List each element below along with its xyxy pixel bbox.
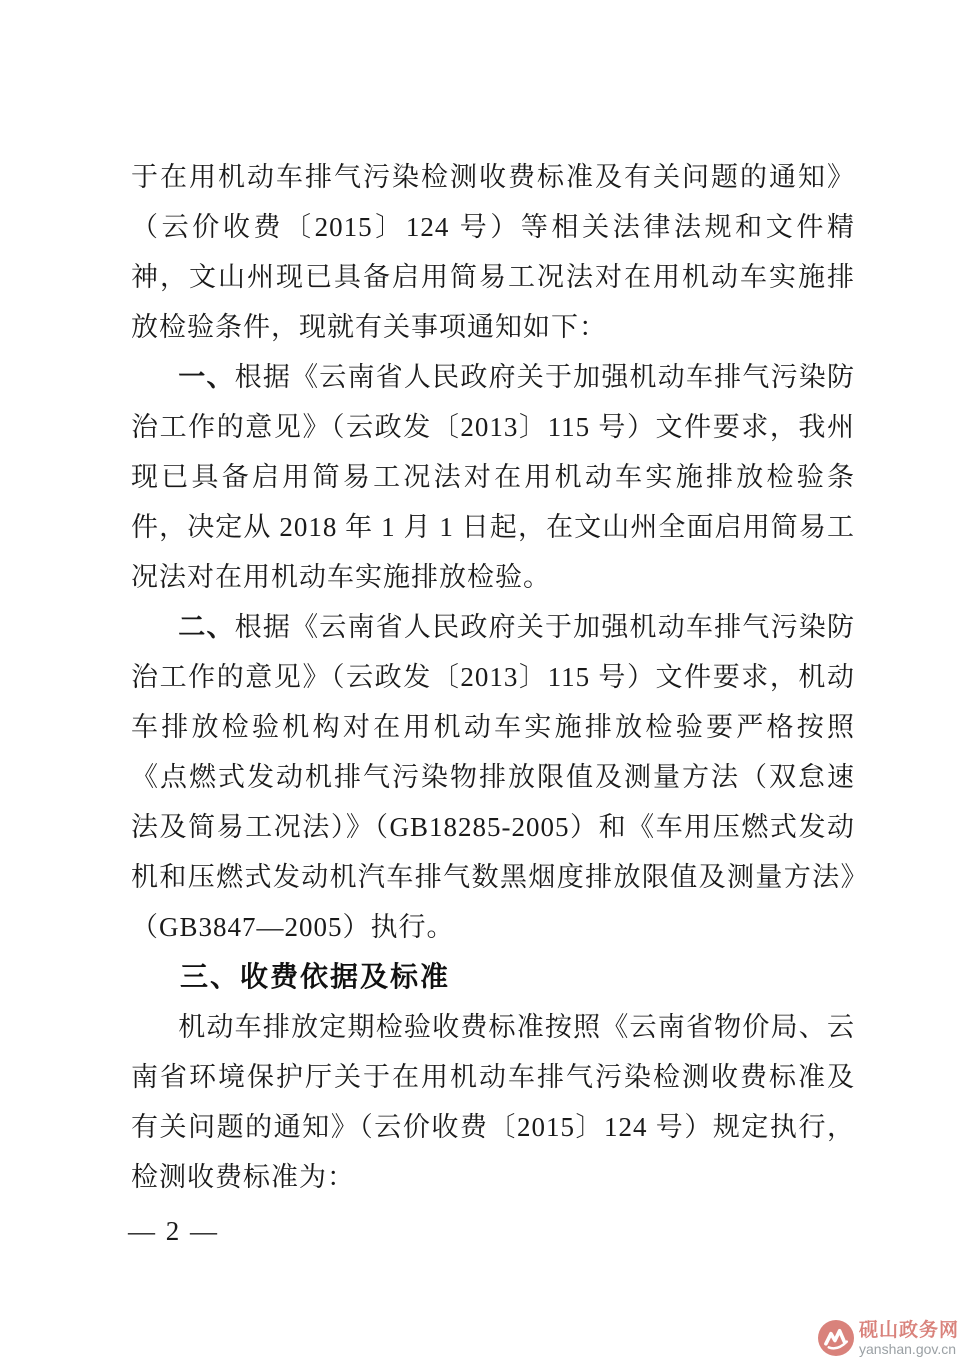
paragraph-text: 根据《云南省人民政府关于加强机动车排气污染防治工作的意见》（云政发〔2013〕1… [131,362,855,592]
paragraph-item-1: 一、根据《云南省人民政府关于加强机动车排气污染防治工作的意见》（云政发〔2013… [131,352,855,602]
section-heading-fees: 三、收费依据及标准 [131,952,855,1002]
site-watermark: 砚山政务网 yanshan.gov.cn [818,1320,959,1356]
site-logo-text: 砚山政务网 yanshan.gov.cn [859,1321,959,1356]
site-name: 砚山政务网 [859,1321,959,1340]
page-number: — 2 — [128,1216,219,1247]
mountain-seal-icon [818,1320,854,1356]
document-text-block: 于在用机动车排气污染检测收费标准及有关问题的通知》（云价收费〔2015〕124 … [131,152,855,1202]
paragraph-item-2: 二、根据《云南省人民政府关于加强机动车排气污染防治工作的意见》（云政发〔2013… [131,602,855,952]
paragraph-continuation: 于在用机动车排气污染检测收费标准及有关问题的通知》（云价收费〔2015〕124 … [131,152,855,352]
site-url: yanshan.gov.cn [859,1342,959,1356]
paragraph-text: 根据《云南省人民政府关于加强机动车排气污染防治工作的意见》（云政发〔2013〕1… [131,612,855,942]
paragraph-text: 于在用机动车排气污染检测收费标准及有关问题的通知》（云价收费〔2015〕124 … [131,162,855,342]
document-page: 于在用机动车排气污染检测收费标准及有关问题的通知》（云价收费〔2015〕124 … [0,0,970,1372]
paragraph-fee-standard: 机动车排放定期检验收费标准按照《云南省物价局、云南省环境保护厅关于在用机动车排气… [131,1002,855,1202]
item-2-number: 二、 [178,612,234,642]
item-1-number: 一、 [178,362,234,392]
paragraph-text: 机动车排放定期检验收费标准按照《云南省物价局、云南省环境保护厅关于在用机动车排气… [131,1012,855,1192]
